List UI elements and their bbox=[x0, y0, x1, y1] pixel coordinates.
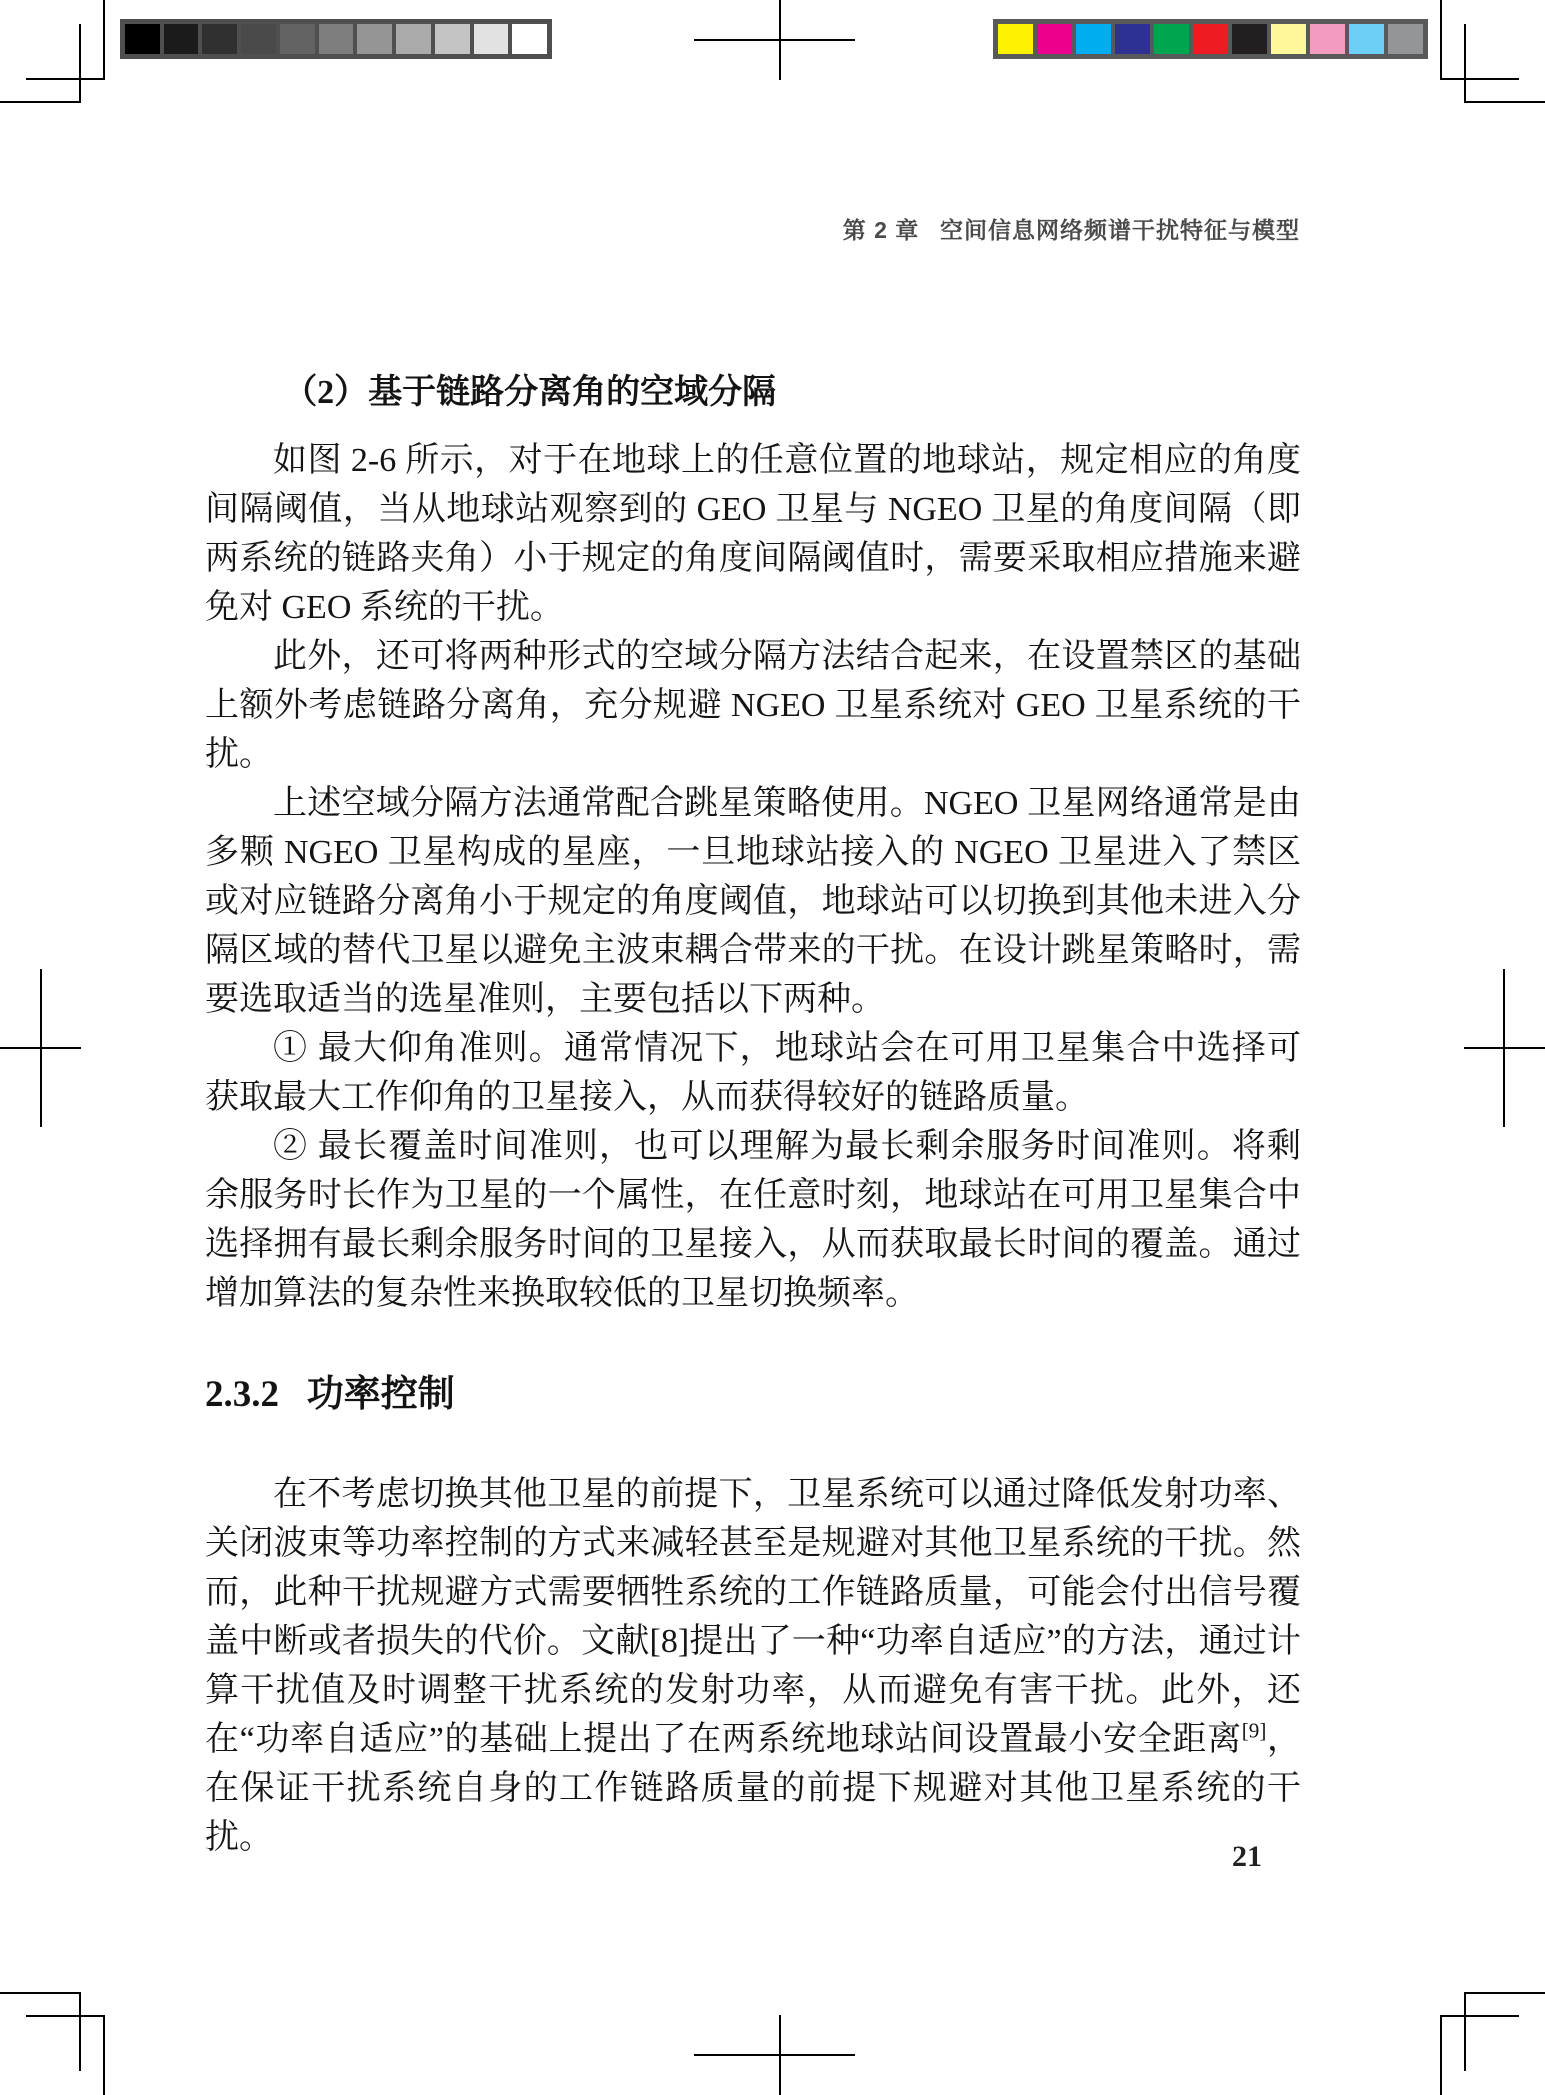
calibration-swatch bbox=[1349, 24, 1384, 54]
paragraph-power-control: 在不考虑切换其他卫星的前提下，卫星系统可以通过降低发射功率、关闭波束等功率控制的… bbox=[205, 1470, 1301, 1862]
crop-mark-right-middle bbox=[1464, 1047, 1545, 1049]
calibration-swatch bbox=[1154, 24, 1189, 54]
section-title: 功率控制 bbox=[307, 1374, 455, 1415]
crop-mark-top-right bbox=[1464, 24, 1466, 103]
calibration-swatch bbox=[241, 24, 276, 54]
calibration-swatch bbox=[1232, 24, 1267, 54]
paragraph-3: 上述空域分隔方法通常配合跳星策略使用。NGEO 卫星网络通常是由多颗 NGEO … bbox=[205, 779, 1301, 1024]
crop-mark-left-middle bbox=[0, 1047, 81, 1049]
section-number: 2.3.2 bbox=[205, 1374, 279, 1415]
crop-mark-top-left bbox=[26, 78, 105, 80]
calibration-swatch bbox=[357, 24, 392, 54]
list-item-2: ② 最长覆盖时间准则，也可以理解为最长剩余服务时间准则。将剩余服务时长作为卫星的… bbox=[205, 1122, 1301, 1318]
crop-mark-top-right bbox=[1440, 78, 1519, 80]
section-heading: 2.3.2功率控制 bbox=[205, 1371, 1301, 1419]
calibration-swatch bbox=[1193, 24, 1228, 54]
calibration-swatch bbox=[435, 24, 470, 54]
calibration-swatch bbox=[319, 24, 354, 54]
crop-mark-bottom-right bbox=[1440, 2015, 1442, 2095]
calibration-swatch bbox=[396, 24, 431, 54]
chapter-number: 第 2 章 bbox=[843, 217, 920, 243]
calibration-swatch bbox=[474, 24, 509, 54]
crop-mark-bottom-left bbox=[79, 1992, 81, 2071]
sub-heading: （2）基于链路分离角的空域分隔 bbox=[205, 368, 1301, 417]
paragraph-1: 如图 2-6 所示，对于在地球上的任意位置的地球站，规定相应的角度间隔阈值，当从… bbox=[205, 436, 1301, 632]
calibration-swatch bbox=[998, 24, 1033, 54]
running-head: 第 2 章空间信息网络频谱干扰特征与模型 bbox=[843, 212, 1300, 245]
calibration-swatch bbox=[1076, 24, 1111, 54]
crop-mark-bottom-right bbox=[1440, 2015, 1519, 2017]
citation-superscript: [9] bbox=[1242, 1719, 1267, 1743]
crop-mark-top-left bbox=[103, 0, 105, 80]
grayscale-calibration-bar bbox=[120, 19, 552, 59]
paragraph-text: 在不考虑切换其他卫星的前提下，卫星系统可以通过降低发射功率、关闭波束等功率控制的… bbox=[205, 1476, 1301, 1758]
crop-mark-top-right bbox=[1440, 0, 1442, 80]
calibration-swatch bbox=[1310, 24, 1345, 54]
crop-mark-top-right bbox=[1464, 101, 1545, 103]
crop-mark-top-left bbox=[0, 101, 81, 103]
crop-mark-top-left bbox=[79, 24, 81, 103]
calibration-swatch bbox=[1271, 24, 1306, 54]
calibration-swatch bbox=[125, 24, 160, 54]
crop-mark-bottom-left bbox=[103, 2015, 105, 2095]
page-number: 21 bbox=[1232, 1840, 1262, 1874]
crop-mark-bottom-left bbox=[0, 1992, 81, 1994]
crop-mark-bottom-right bbox=[1464, 1992, 1466, 2071]
calibration-swatch bbox=[280, 24, 315, 54]
calibration-swatch bbox=[512, 24, 547, 54]
crop-mark-bottom-center bbox=[694, 2054, 855, 2056]
calibration-swatch bbox=[1037, 24, 1072, 54]
calibration-swatch bbox=[202, 24, 237, 54]
crop-mark-bottom-left bbox=[26, 2015, 105, 2017]
calibration-swatch bbox=[1115, 24, 1150, 54]
crop-mark-bottom-right bbox=[1464, 1992, 1545, 1994]
book-page: 第 2 章空间信息网络频谱干扰特征与模型 （2）基于链路分离角的空域分隔 如图 … bbox=[0, 0, 1545, 2095]
calibration-swatch bbox=[1388, 24, 1423, 54]
paragraph-2: 此外，还可将两种形式的空域分隔方法结合起来，在设置禁区的基础上额外考虑链路分离角… bbox=[205, 632, 1301, 779]
chapter-title: 空间信息网络频谱干扰特征与模型 bbox=[940, 217, 1300, 243]
text-column: （2）基于链路分离角的空域分隔 如图 2-6 所示，对于在地球上的任意位置的地球… bbox=[205, 368, 1301, 1862]
list-item-1: ① 最大仰角准则。通常情况下，地球站会在可用卫星集合中选择可获取最大工作仰角的卫… bbox=[205, 1024, 1301, 1122]
crop-mark-top-center bbox=[694, 39, 855, 41]
color-calibration-bar bbox=[993, 19, 1428, 59]
calibration-swatch bbox=[164, 24, 199, 54]
